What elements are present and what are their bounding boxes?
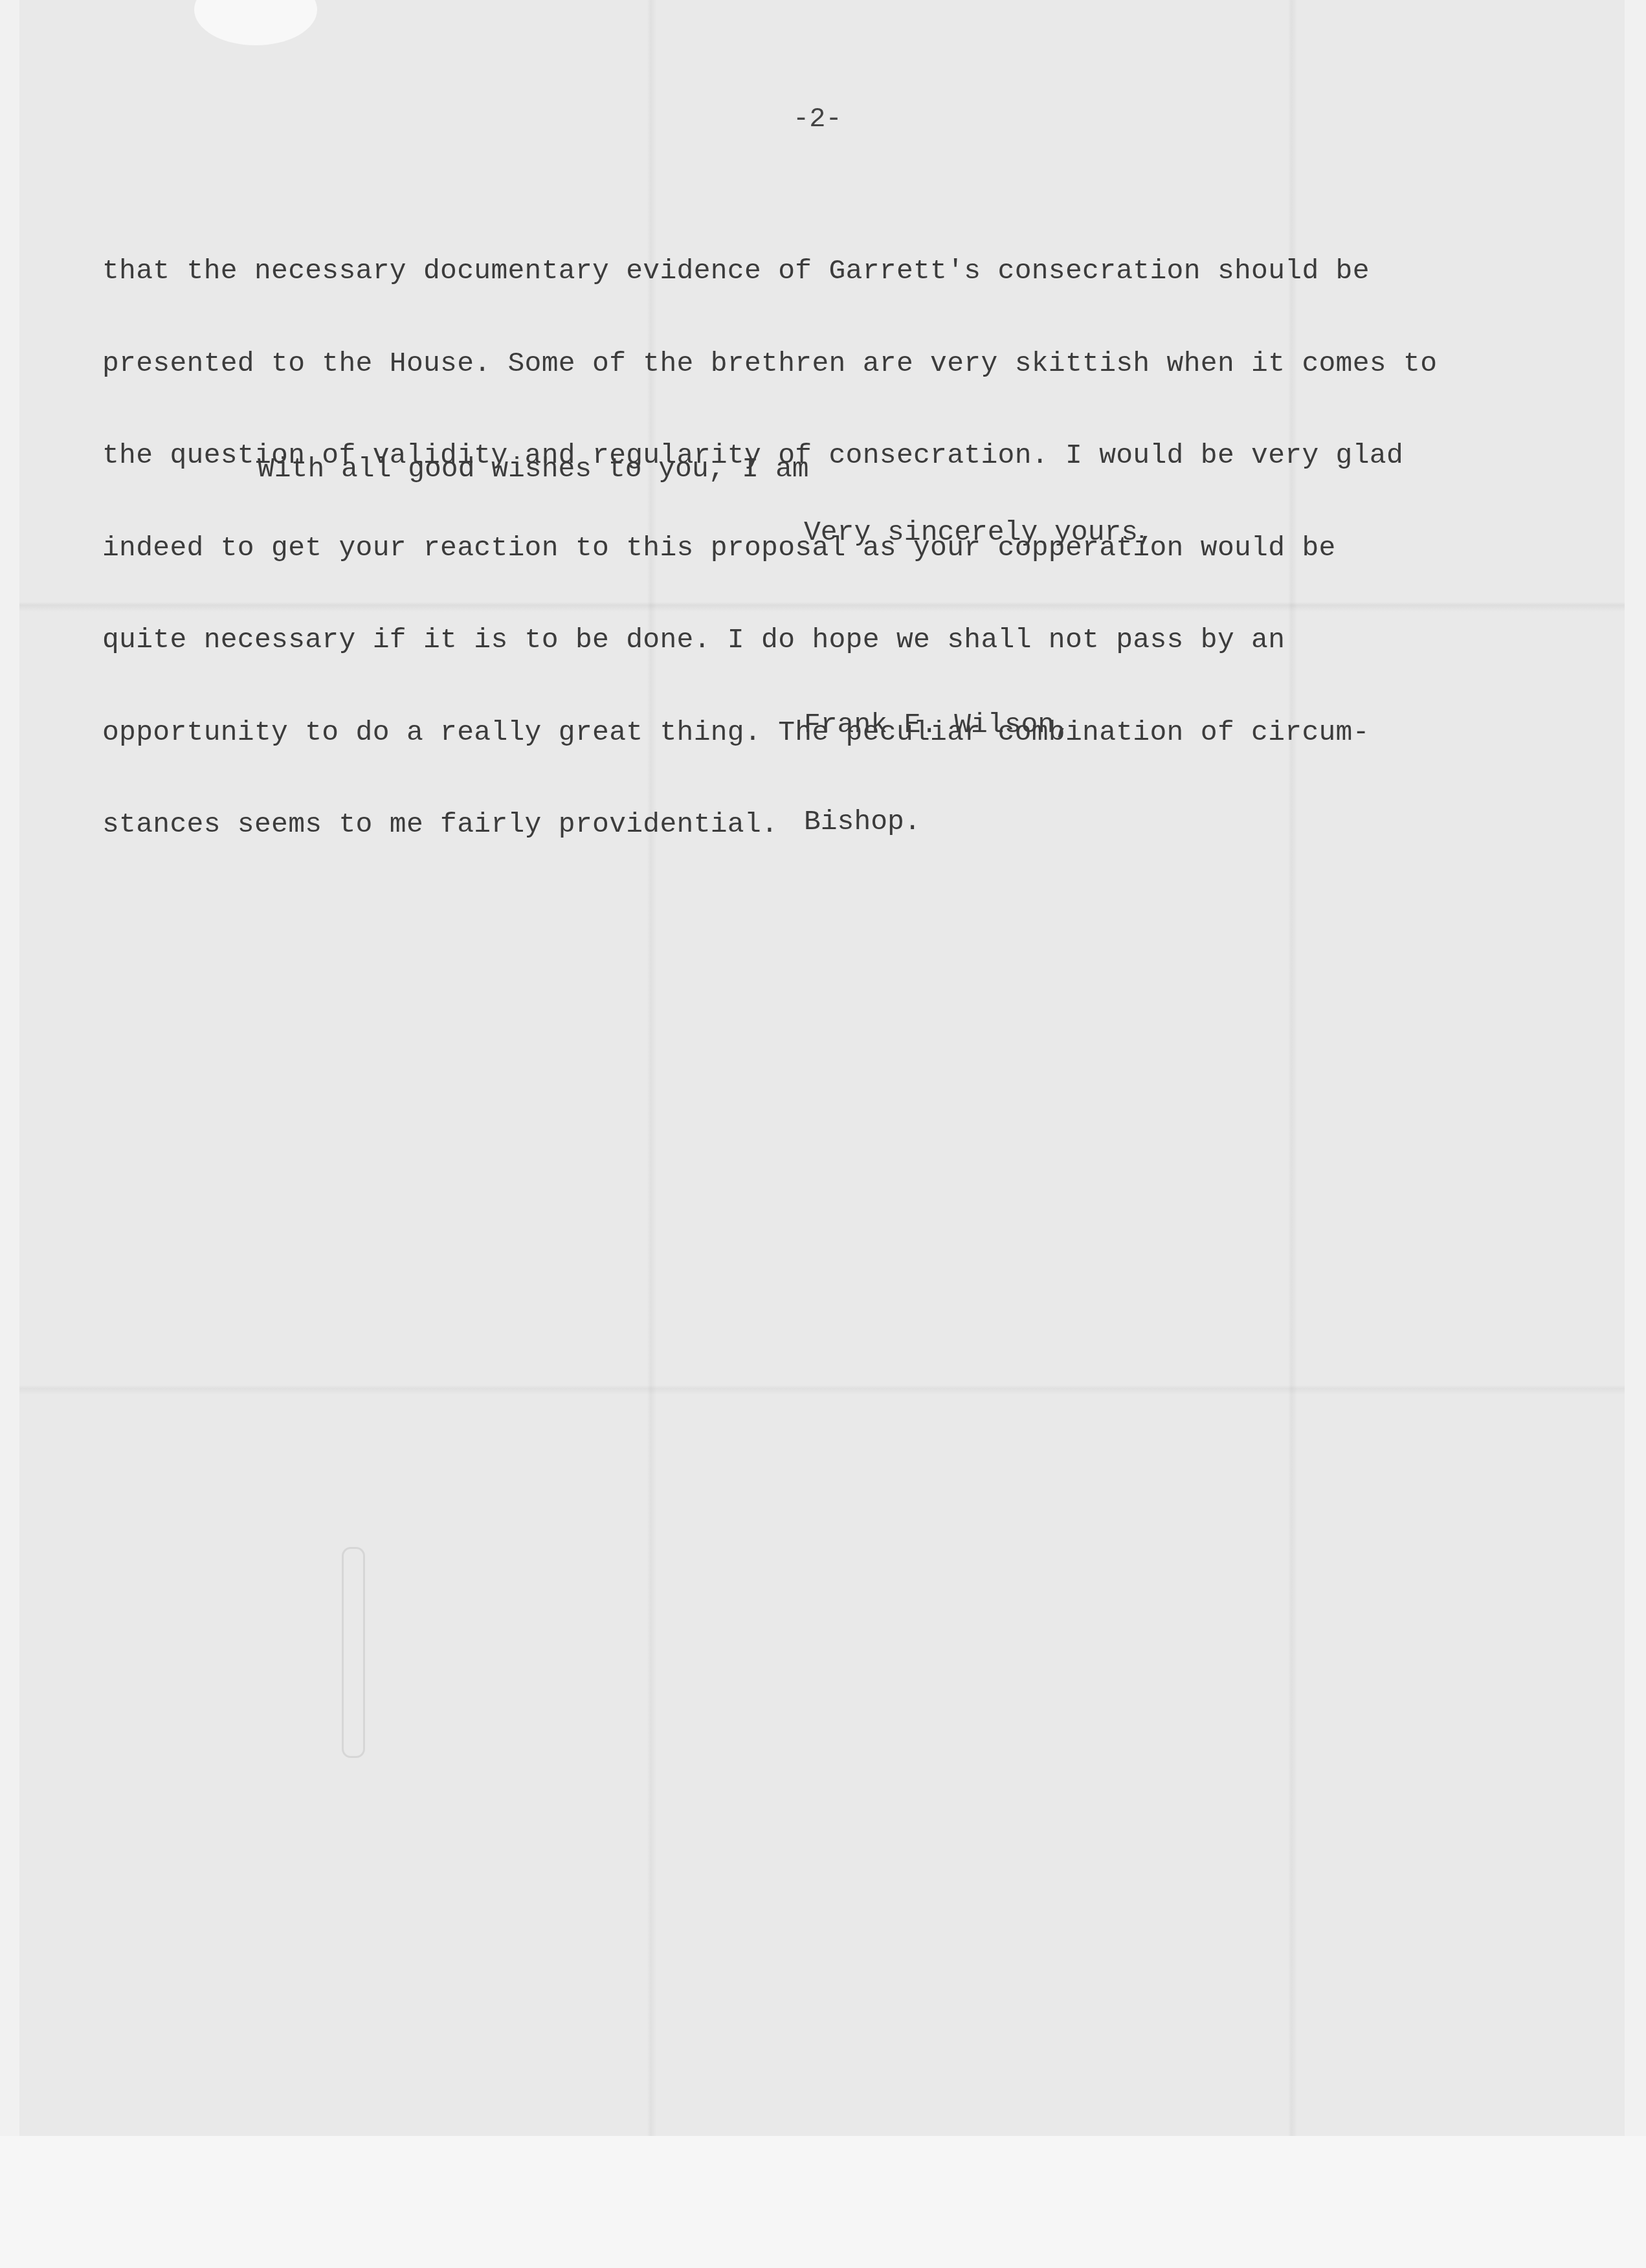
body-line: presented to the House. Some of the bret… bbox=[102, 348, 1646, 379]
signature-block: Frank E. Wilson, Bishop. bbox=[804, 644, 1071, 903]
closing-line: With all good wishes to you, I am bbox=[258, 453, 809, 485]
paper-corner-tear bbox=[194, 0, 317, 45]
signature-title: Bishop. bbox=[804, 806, 1071, 838]
page-number: -2- bbox=[793, 104, 842, 135]
scan-margin bbox=[0, 2136, 1646, 2268]
paper-impression-mark bbox=[342, 1547, 365, 1758]
valediction: Very sincerely yours, bbox=[804, 517, 1155, 548]
letter-page: -2- that the necessary documentary evide… bbox=[19, 0, 1625, 2136]
signature-name: Frank E. Wilson, bbox=[804, 709, 1071, 741]
body-line: that the necessary documentary evidence … bbox=[102, 256, 1646, 287]
